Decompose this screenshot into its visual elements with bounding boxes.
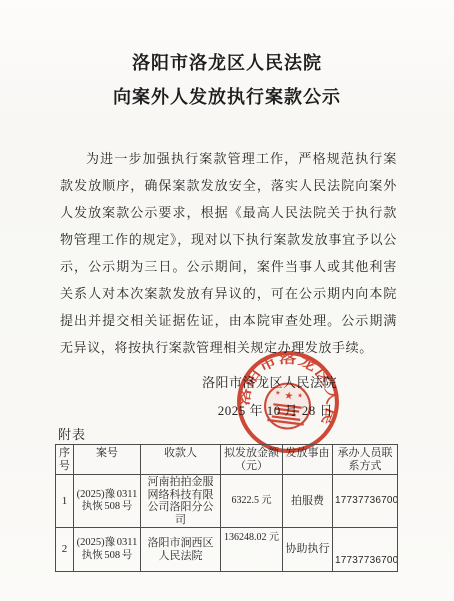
cell-payee: 洛阳市涧西区人民法院 (141, 528, 221, 572)
payout-table: 序号 案号 收款人 拟发放金额（元） 发放事由 承办人员联系方式 1 (2025… (55, 444, 398, 572)
scanned-notice-page: 洛阳市洛龙区人民法院 向案外人发放执行案款公示 为进一步加强执行案款管理工作，严… (0, 0, 454, 601)
table-row: 1 (2025)豫 0311 执恢 508 号 河南拍拍金服网络科技有限公司洛阳… (56, 475, 398, 528)
notice-body: 为进一步加强执行案款管理工作，严格规范执行案款发放顺序，确保案款发放安全，落实人… (60, 145, 397, 361)
cell-amount: 136248.02 元 (221, 528, 283, 572)
appendix-label: 附表 (58, 424, 86, 443)
seal-star-small: ★ (275, 389, 281, 397)
col-header-reason: 发放事由 (283, 445, 333, 475)
official-seal-icon: 洛阳市洛龙区人民法院 ★ ★ ★ (235, 349, 341, 455)
col-header-contact: 承办人员联系方式 (333, 445, 398, 475)
cell-contact: 17737736700 (333, 475, 398, 528)
cell-reason: 协助执行 (283, 528, 333, 572)
col-header-payee: 收款人 (141, 445, 221, 475)
cell-case-no: (2025)豫 0311 执恢 508 号 (74, 528, 141, 572)
cell-contact: 17737736700 (333, 528, 398, 572)
seal-star-small: ★ (297, 392, 303, 400)
cell-payee: 河南拍拍金服网络科技有限公司洛阳分公司 (141, 475, 221, 528)
seal-star-large: ★ (283, 390, 293, 402)
cell-reason: 拍服费 (283, 475, 333, 528)
col-header-no: 序号 (56, 445, 74, 475)
cell-no: 1 (56, 475, 74, 528)
table-header-row: 序号 案号 收款人 拟发放金额（元） 发放事由 承办人员联系方式 (56, 445, 398, 475)
table-row: 2 (2025)豫 0311 执恢 508 号 洛阳市涧西区人民法院 13624… (56, 528, 398, 572)
col-header-case: 案号 (74, 445, 141, 475)
col-header-amount: 拟发放金额（元） (221, 445, 283, 475)
page-title-court: 洛阳市洛龙区人民法院 (0, 49, 454, 75)
cell-case-no: (2025)豫 0311 执恢 508 号 (74, 475, 141, 528)
page-title-subject: 向案外人发放执行案款公示 (0, 83, 454, 109)
cell-no: 2 (56, 528, 74, 572)
cell-amount: 6322.5 元 (221, 475, 283, 528)
